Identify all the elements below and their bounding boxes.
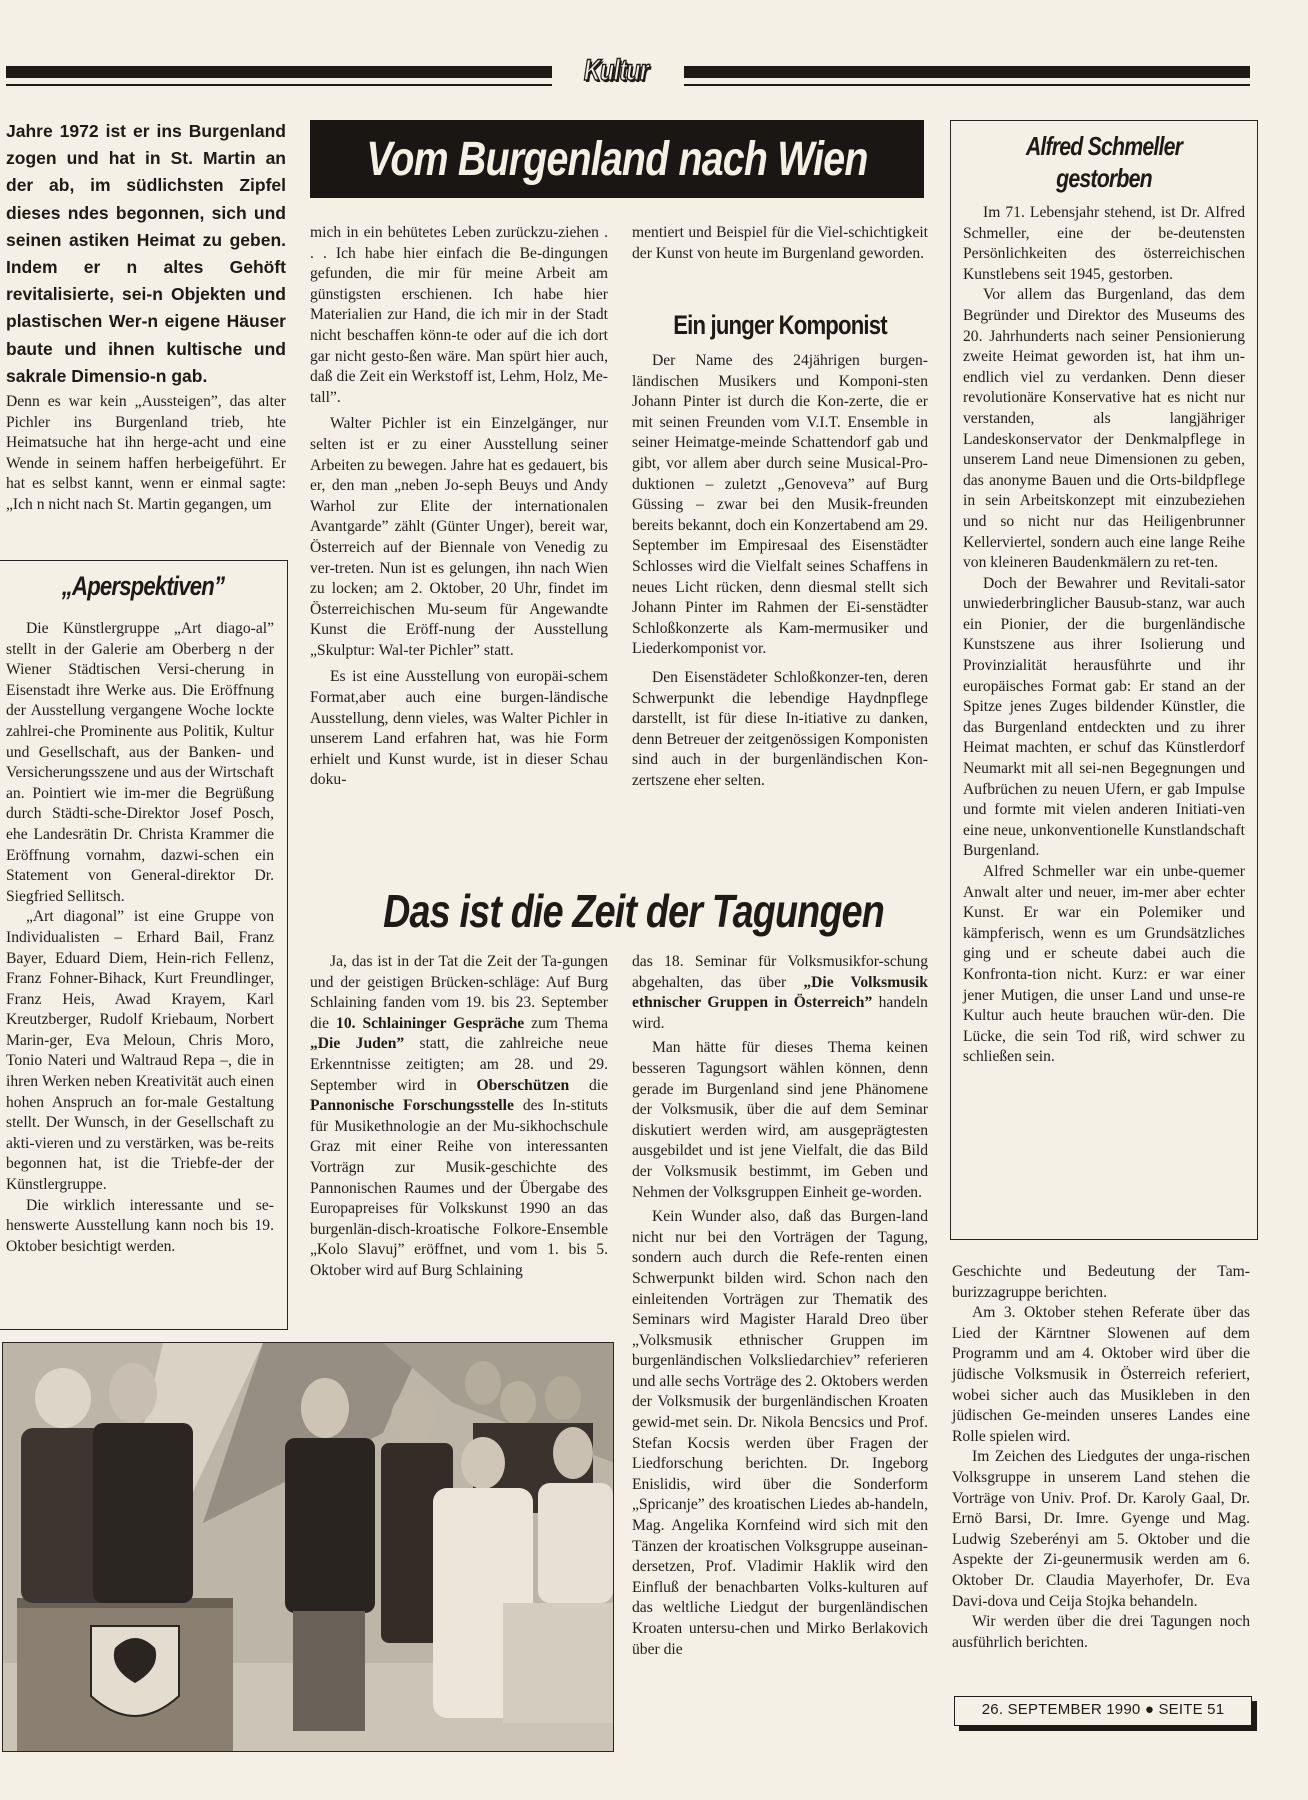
pichler-left-text: Denn es war kein „Aussteigen”, das alter…	[6, 392, 286, 516]
schmeller-paragraph: Vor allem das Burgenland, das dem Begrün…	[963, 285, 1245, 573]
tagungen-paragraph: Ja, das ist in der Tat die Zeit der Ta-g…	[310, 952, 608, 1282]
masthead-rule-left-thin	[6, 84, 552, 86]
komponist-body: Der Name des 24jährigen burgen-ländische…	[632, 351, 928, 791]
tagungen-paragraph: Man hätte für dieses Thema keinen besser…	[632, 1038, 928, 1203]
section-masthead: Kultur	[0, 62, 1308, 94]
masthead-rule-left-thick	[6, 66, 552, 78]
text-span: die	[569, 1077, 608, 1094]
tagungen-paragraph: das 18. Seminar für Volksmusikfor-schung…	[632, 952, 928, 1034]
aperspektiven-paragraph: Die Künstlergruppe „Art diago-al” stellt…	[6, 619, 274, 907]
schmeller-box: Alfred Schmeller gestorben Im 71. Lebens…	[950, 120, 1258, 1240]
pichler-headline: Vom Burgenland nach Wien	[365, 132, 868, 187]
photo-scene-icon	[3, 1343, 614, 1752]
tagungen-paragraph: Wir werden über die drei Tagungen noch a…	[952, 1612, 1250, 1653]
aperspektiven-paragraph: „Art diagonal” ist eine Gruppe von Indiv…	[6, 907, 274, 1195]
schmeller-title-line1: Alfred Schmeller	[979, 131, 1230, 162]
komponist-paragraph: Den Eisenstädeter Schloßkonzer-ten, dere…	[632, 668, 928, 792]
page-footer: 26. SEPTEMBER 1990 ● SEITE 51	[954, 1696, 1252, 1726]
tagungen-col3: Geschichte und Bedeutung der Tam-burizza…	[952, 1262, 1250, 1653]
tagungen-paragraph: Im Zeichen des Liedgutes der unga-rische…	[952, 1447, 1250, 1612]
schmeller-body: Im 71. Lebensjahr stehend, ist Dr. Alfre…	[963, 203, 1245, 1068]
schmeller-paragraph: Im 71. Lebensjahr stehend, ist Dr. Alfre…	[963, 203, 1245, 285]
tagungen-col2: das 18. Seminar für Volksmusikfor-schung…	[632, 952, 928, 1660]
text-span: zum Thema	[524, 1015, 608, 1032]
footer-page-number: SEITE 51	[1158, 1701, 1224, 1718]
schmeller-paragraph: Alfred Schmeller war ein unbe-quemer Anw…	[963, 862, 1245, 1068]
pichler-left-paragraph: Denn es war kein „Aussteigen”, das alter…	[6, 392, 286, 516]
text-span: des In-stituts für Musikethnologie an de…	[310, 1097, 608, 1279]
schmeller-title-line2: gestorben	[979, 163, 1230, 194]
event-photo	[2, 1342, 614, 1752]
footer-separator-icon: ●	[1145, 1701, 1154, 1718]
bold-event-name: 10. Schlaininger Gespräche	[336, 1015, 524, 1032]
bold-place: Oberschützen	[477, 1077, 570, 1094]
tagungen-col1: Ja, das ist in der Tat die Zeit der Ta-g…	[310, 952, 608, 1282]
schmeller-paragraph: Doch der Bewahrer und Revitali-sator unw…	[963, 574, 1245, 862]
tagungen-headline: Das ist die Zeit der Tagungen	[383, 884, 867, 938]
tagungen-paragraph: Am 3. Oktober stehen Referate über das L…	[952, 1303, 1250, 1447]
footer-date: 26. SEPTEMBER 1990	[982, 1701, 1141, 1718]
masthead-rule-right-thick	[684, 66, 1250, 78]
pichler-lead-bold: Jahre 1972 ist er ins Burgenland zogen u…	[6, 118, 286, 390]
tagungen-paragraph: Geschichte und Bedeutung der Tam-burizza…	[952, 1262, 1250, 1303]
pichler-col1: mich in ein behütetes Leben zurückzu-zie…	[310, 223, 608, 791]
pichler-paragraph: Walter Pichler ist ein Einzelgänger, nur…	[310, 414, 608, 661]
bold-institution: Pannonische Forschungsstelle	[310, 1097, 514, 1114]
komponist-paragraph: Der Name des 24jährigen burgen-ländische…	[632, 351, 928, 660]
pichler-paragraph: mich in ein behütetes Leben zurückzu-zie…	[310, 223, 608, 408]
pichler-col2: mentiert und Beispiel für die Viel-schic…	[632, 223, 928, 264]
bold-theme: „Die Juden”	[310, 1035, 404, 1052]
komponist-title: Ein junger Komponist	[659, 310, 902, 341]
aperspektiven-box: „Aperspektiven” Die Künstlergruppe „Art …	[0, 560, 288, 1330]
pichler-headline-banner: Vom Burgenland nach Wien	[310, 120, 924, 198]
pichler-paragraph: mentiert und Beispiel für die Viel-schic…	[632, 223, 928, 264]
aperspektiven-paragraph: Die wirklich interessante und se-henswer…	[6, 1196, 274, 1258]
aperspektiven-title: „Aperspektiven”	[24, 571, 262, 602]
aperspektiven-body: Die Künstlergruppe „Art diago-al” stellt…	[6, 619, 274, 1257]
pichler-paragraph: Es ist eine Ausstellung von europäi-sche…	[310, 667, 608, 791]
section-label-kultur: Kultur	[569, 54, 663, 88]
tagungen-paragraph: Kein Wunder also, daß das Burgen-land ni…	[632, 1207, 928, 1660]
masthead-rule-right-thin	[684, 84, 1250, 86]
